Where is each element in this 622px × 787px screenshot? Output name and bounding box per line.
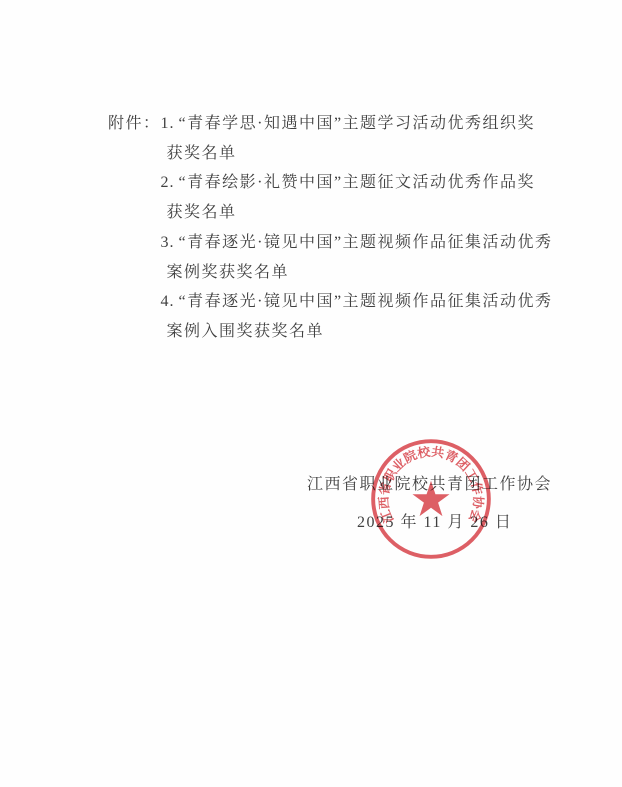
attachment-item-line: 案例入围奖获奖名单	[161, 317, 553, 347]
item-text: “青春逐光·镜见中国”主题视频作品征集活动优秀	[179, 293, 553, 310]
attachment-item-3: 3.“青春逐光·镜见中国”主题视频作品征集活动优秀 案例奖获奖名单	[161, 228, 553, 287]
attachment-items: 1.“青春学思·知遇中国”主题学习活动优秀组织奖 获奖名单 2.“青春绘影·礼赞…	[161, 109, 553, 347]
item-number: 3.	[161, 234, 175, 251]
attachment-item-line: 4.“青春逐光·镜见中国”主题视频作品征集活动优秀	[161, 287, 553, 317]
attachment-item-4: 4.“青春逐光·镜见中国”主题视频作品征集活动优秀 案例入围奖获奖名单	[161, 287, 553, 346]
official-seal: 江西省职业院校共青团工作协会	[366, 434, 496, 564]
item-text: “青春学思·知遇中国”主题学习活动优秀组织奖	[179, 115, 536, 132]
item-number: 4.	[161, 293, 175, 310]
item-number: 1.	[161, 115, 175, 132]
attachment-item-line: 2.“青春绘影·礼赞中国”主题征文活动优秀作品奖	[161, 168, 553, 198]
item-number: 2.	[161, 174, 175, 191]
attachment-item-line: 3.“青春逐光·镜见中国”主题视频作品征集活动优秀	[161, 228, 553, 258]
attachment-item-line: 获奖名单	[161, 139, 553, 169]
attachments-label: 附件：	[108, 109, 161, 347]
signature-org-name: 江西省职业院校共青团工作协会	[307, 471, 552, 494]
attachment-list: 附件： 1.“青春学思·知遇中国”主题学习活动优秀组织奖 获奖名单 2.“青春绘…	[108, 109, 553, 347]
attachment-item-line: 获奖名单	[161, 198, 553, 228]
item-text: “青春绘影·礼赞中国”主题征文活动优秀作品奖	[179, 174, 536, 191]
document-page: 附件： 1.“青春学思·知遇中国”主题学习活动优秀组织奖 获奖名单 2.“青春绘…	[0, 0, 622, 787]
item-text: “青春逐光·镜见中国”主题视频作品征集活动优秀	[179, 234, 553, 251]
attachment-item-line: 案例奖获奖名单	[161, 258, 553, 288]
signature-date: 2025 年 11 月 26 日	[357, 509, 512, 532]
attachment-item-2: 2.“青春绘影·礼赞中国”主题征文活动优秀作品奖 获奖名单	[161, 168, 553, 227]
seal-graphic: 江西省职业院校共青团工作协会	[366, 434, 496, 564]
attachment-item-line: 1.“青春学思·知遇中国”主题学习活动优秀组织奖	[161, 109, 553, 139]
seal-ring	[373, 441, 489, 557]
attachment-item-1: 1.“青春学思·知遇中国”主题学习活动优秀组织奖 获奖名单	[161, 109, 553, 168]
